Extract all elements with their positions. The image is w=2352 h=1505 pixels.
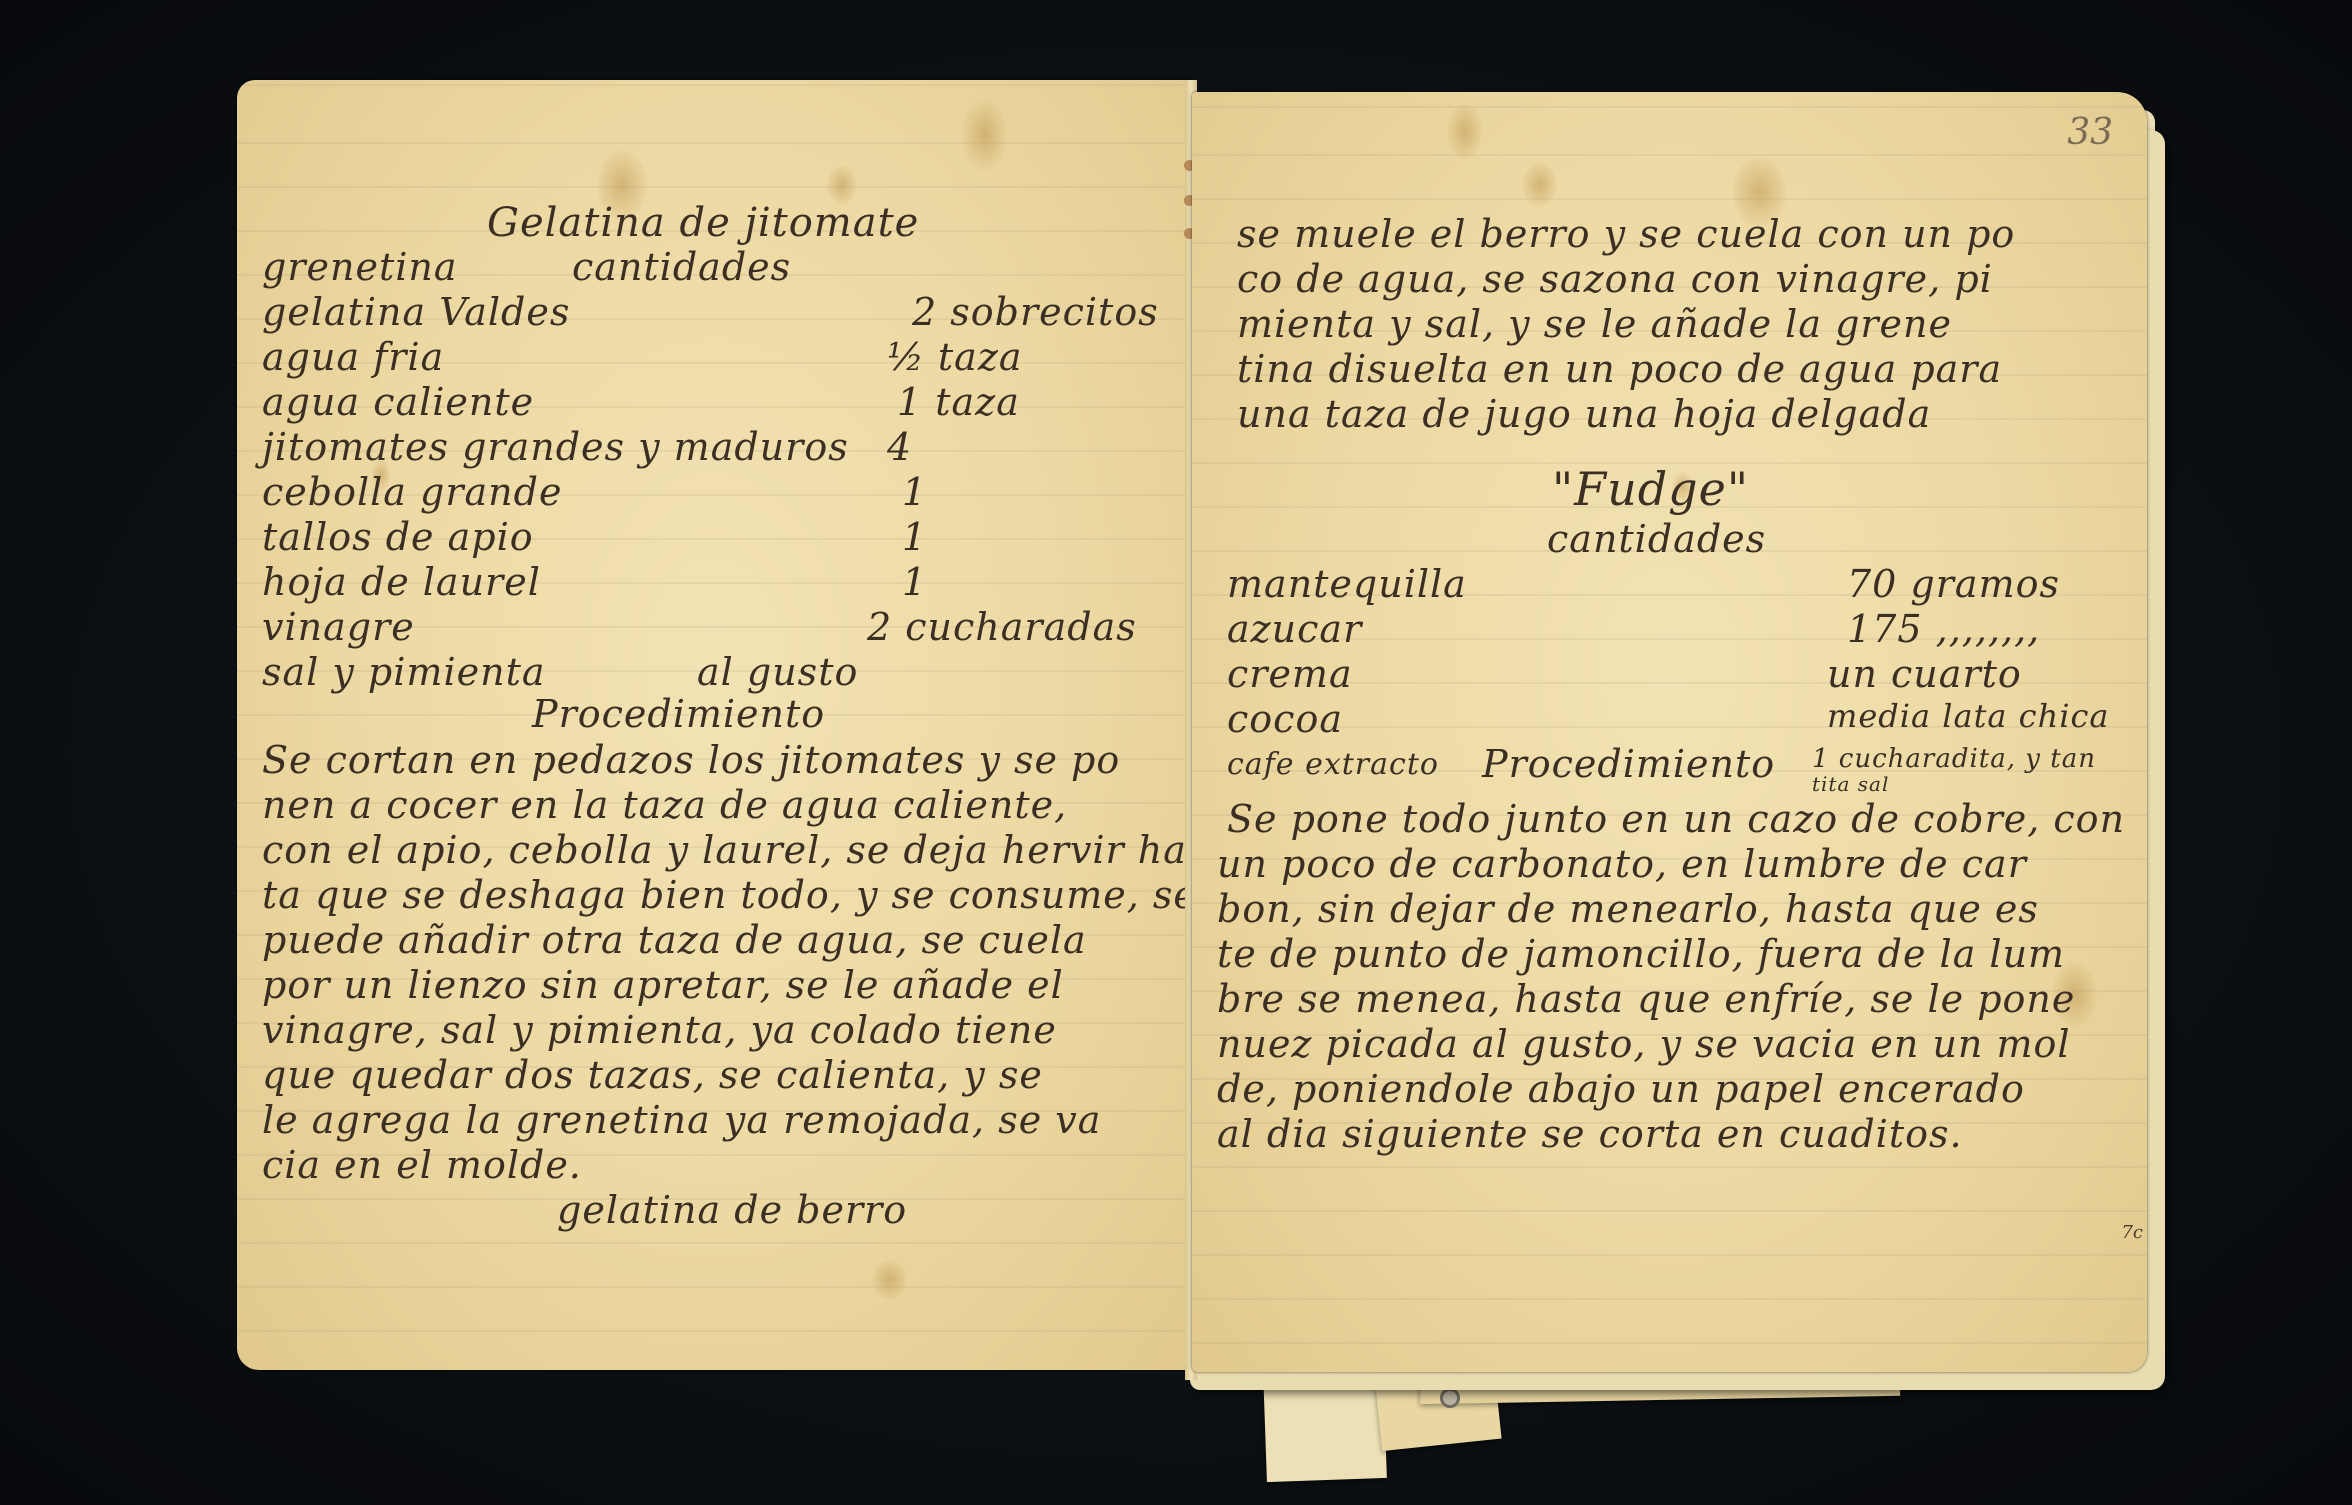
- ingredient-name: gelatina Valdes: [262, 290, 570, 334]
- ingredient-qty: 2 sobrecitos: [912, 290, 1159, 334]
- procedure-line: Se cortan en pedazos los jitomates y se …: [262, 738, 1120, 782]
- procedure-line: bre se menea, hasta que enfríe, se le po…: [1217, 977, 2075, 1021]
- page-number: 33: [2067, 112, 2113, 153]
- ingredient-qty: 1 taza: [897, 380, 1020, 424]
- ingredient-name: mantequilla: [1227, 562, 1467, 606]
- ingredient-name: cafe extracto: [1227, 747, 1439, 782]
- procedure-line: te de punto de jamoncillo, fuera de la l…: [1217, 932, 2065, 976]
- ingredient-name: tallos de apio: [262, 515, 534, 559]
- procedure-line: con el apio, cebolla y laurel, se deja h…: [262, 828, 1207, 872]
- ingredient-qty: 1: [902, 470, 927, 514]
- margin-mark: 7c: [2121, 1222, 2143, 1243]
- ingredient-name: vinagre: [262, 605, 415, 649]
- procedure-line: por un lienzo sin apretar, se le añade e…: [262, 963, 1064, 1007]
- ingredient-qty: al gusto: [697, 650, 858, 694]
- ingredient-qty: 175 ,,,,,,,,: [1847, 607, 2040, 651]
- ingredient-name: cocoa: [1227, 697, 1343, 741]
- stain: [1447, 104, 1482, 159]
- scan-background: Gelatina de jitomate grenetina cantidade…: [0, 0, 2352, 1505]
- left-page: Gelatina de jitomate grenetina cantidade…: [237, 80, 1192, 1370]
- ingredient-qty: 1: [902, 515, 927, 559]
- procedure-line: de, poniendole abajo un papel encerado: [1217, 1067, 2025, 1111]
- procedure-line: al dia siguiente se corta en cuaditos.: [1217, 1112, 1963, 1156]
- procedure-line: nuez picada al gusto, y se vacia en un m…: [1217, 1022, 2071, 1066]
- recipe-title: "Fudge": [1552, 462, 1749, 516]
- procedure-line: se muele el berro y se cuela con un po: [1237, 212, 2015, 256]
- procedure-line: una taza de jugo una hoja delgada: [1237, 392, 1931, 436]
- stain: [1522, 162, 1557, 207]
- procedure-header: Procedimiento: [1482, 742, 1775, 786]
- procedure-line: le agrega la grenetina ya remojada, se v…: [262, 1098, 1101, 1142]
- ingredient-name: azucar: [1227, 607, 1362, 651]
- procedure-line: cia en el molde.: [262, 1143, 582, 1187]
- recipe-title: Gelatina de jitomate: [487, 200, 919, 246]
- procedure-header: Procedimiento: [532, 692, 825, 736]
- ingredient-name: hoja de laurel: [262, 560, 541, 604]
- procedure-line: Se pone todo junto en un cazo de cobre, …: [1227, 797, 2125, 841]
- stain: [872, 1260, 907, 1300]
- ingredient-name: crema: [1227, 652, 1353, 696]
- next-recipe-title: gelatina de berro: [557, 1188, 907, 1232]
- header-note: grenetina: [262, 245, 458, 289]
- ingredient-name: sal y pimienta: [262, 650, 546, 694]
- procedure-line: mienta y sal, y se le añade la grene: [1237, 302, 1952, 346]
- procedure-line: co de agua, se sazona con vinagre, pi: [1237, 257, 1993, 301]
- procedure-line: tina disuelta en un poco de agua para: [1237, 347, 2002, 391]
- ingredient-qty: 70 gramos: [1847, 562, 2060, 606]
- procedure-line: bon, sin dejar de menearlo, hasta que es: [1217, 887, 2039, 931]
- ingredient-name: cebolla grande: [262, 470, 562, 514]
- procedure-line: vinagre, sal y pimienta, ya colado tiene: [262, 1008, 1057, 1052]
- ingredients-header: cantidades: [1547, 517, 1766, 561]
- procedure-line: nen a cocer en la taza de agua caliente,: [262, 783, 1067, 827]
- procedure-line: puede añadir otra taza de agua, se cuela: [262, 918, 1087, 962]
- ingredients-header: cantidades: [572, 245, 791, 289]
- metal-eyelet-icon: [1440, 1388, 1460, 1408]
- ingredient-qty: 1 cucharadita, y tan: [1812, 744, 2096, 774]
- ingredient-qty: 2 cucharadas: [867, 605, 1137, 649]
- procedure-line: un poco de carbonato, en lumbre de car: [1217, 842, 2027, 886]
- ingredient-qty: un cuarto: [1827, 652, 2022, 696]
- right-page: 33 se muele el berro y se cuela con un p…: [1192, 92, 2147, 1372]
- ingredient-qty-overflow: tita sal: [1812, 772, 1889, 796]
- stain: [962, 100, 1007, 170]
- ingredient-name: jitomates grandes y maduros: [262, 425, 849, 469]
- procedure-line: que quedar dos tazas, se calienta, y se: [262, 1053, 1043, 1097]
- procedure-line: ta que se deshaga bien todo, y se consum…: [262, 873, 1197, 917]
- ingredient-qty: media lata chica: [1827, 697, 2109, 735]
- ingredient-qty: 4: [887, 425, 912, 469]
- ingredient-qty: 1: [902, 560, 927, 604]
- stain: [827, 165, 857, 205]
- ingredient-name: agua fria: [262, 335, 444, 379]
- ingredient-name: agua caliente: [262, 380, 534, 424]
- ingredient-qty: ½ taza: [887, 335, 1023, 379]
